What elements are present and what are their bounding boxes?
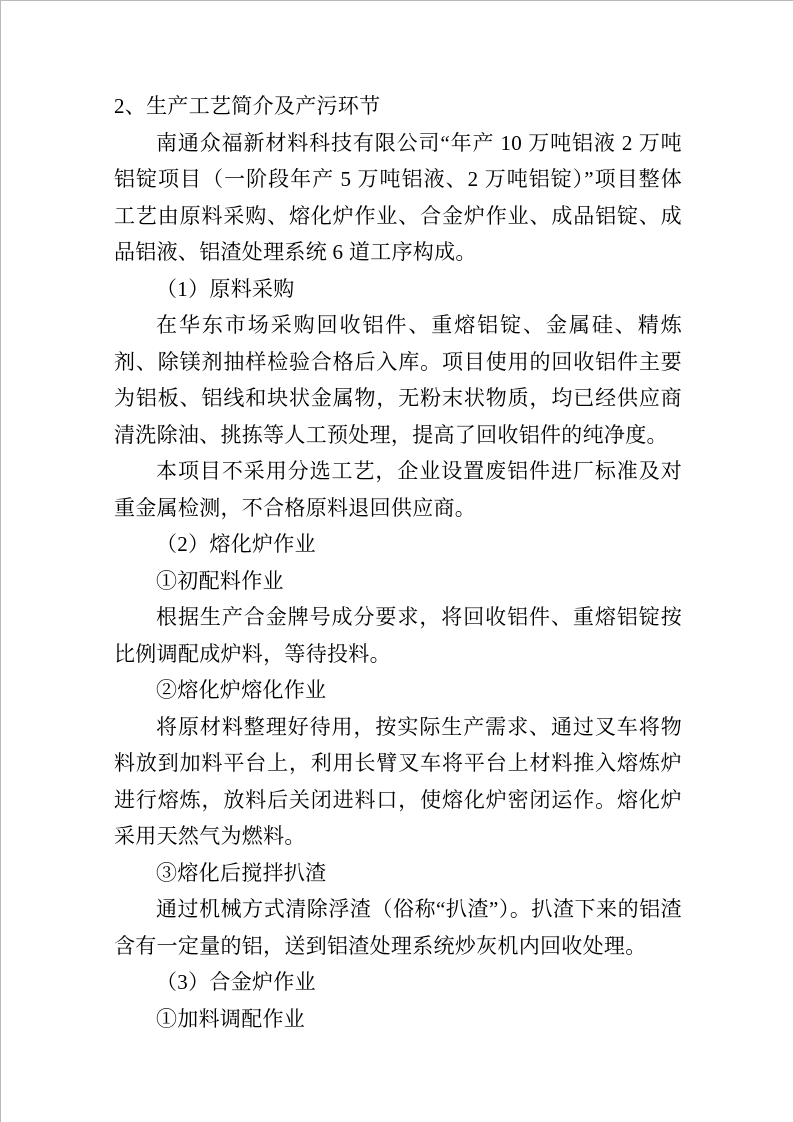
initial-batching-paragraph: 根据生产合金牌号成分要求，将回收铝件、重熔铝锭按比例调配成炉料，等待投料。	[114, 599, 682, 672]
subsection-2-heading: （2）熔化炉作业	[114, 526, 682, 563]
subsection-1-heading: （1）原料采购	[114, 271, 682, 308]
document-content: 2、生产工艺简介及产污环节 南通众福新材料科技有限公司“年产 10 万吨铝液 2…	[114, 88, 682, 1037]
slag-removal-paragraph: 通过机械方式清除浮渣（俗称“扒渣”）。扒渣下来的铝渣含有一定量的铝，送到铝渣处理…	[114, 891, 682, 964]
intro-paragraph: 南通众福新材料科技有限公司“年产 10 万吨铝液 2 万吨铝锭项目（一阶段年产 …	[114, 125, 682, 271]
section-title: 2、生产工艺简介及产污环节	[114, 88, 682, 125]
step-1-initial-batching-heading: ①初配料作业	[114, 563, 682, 600]
no-sorting-process-paragraph: 本项目不采用分选工艺，企业设置废铝件进厂标准及对重金属检测，不合格原料退回供应商…	[114, 453, 682, 526]
step-2-melting-heading: ②熔化炉熔化作业	[114, 672, 682, 709]
subsection-3-heading: （3）合金炉作业	[114, 964, 682, 1001]
melting-operation-paragraph: 将原材料整理好待用，按实际生产需求、通过叉车将物料放到加料平台上，利用长臂叉车将…	[114, 709, 682, 855]
step-1-feeding-blending-heading: ①加料调配作业	[114, 1001, 682, 1038]
document-page: 2、生产工艺简介及产污环节 南通众福新材料科技有限公司“年产 10 万吨铝液 2…	[0, 0, 793, 1122]
step-3-slag-removal-heading: ③熔化后搅拌扒渣	[114, 855, 682, 892]
raw-material-purchase-paragraph: 在华东市场采购回收铝件、重熔铝锭、金属硅、精炼剂、除镁剂抽样检验合格后入库。项目…	[114, 307, 682, 453]
